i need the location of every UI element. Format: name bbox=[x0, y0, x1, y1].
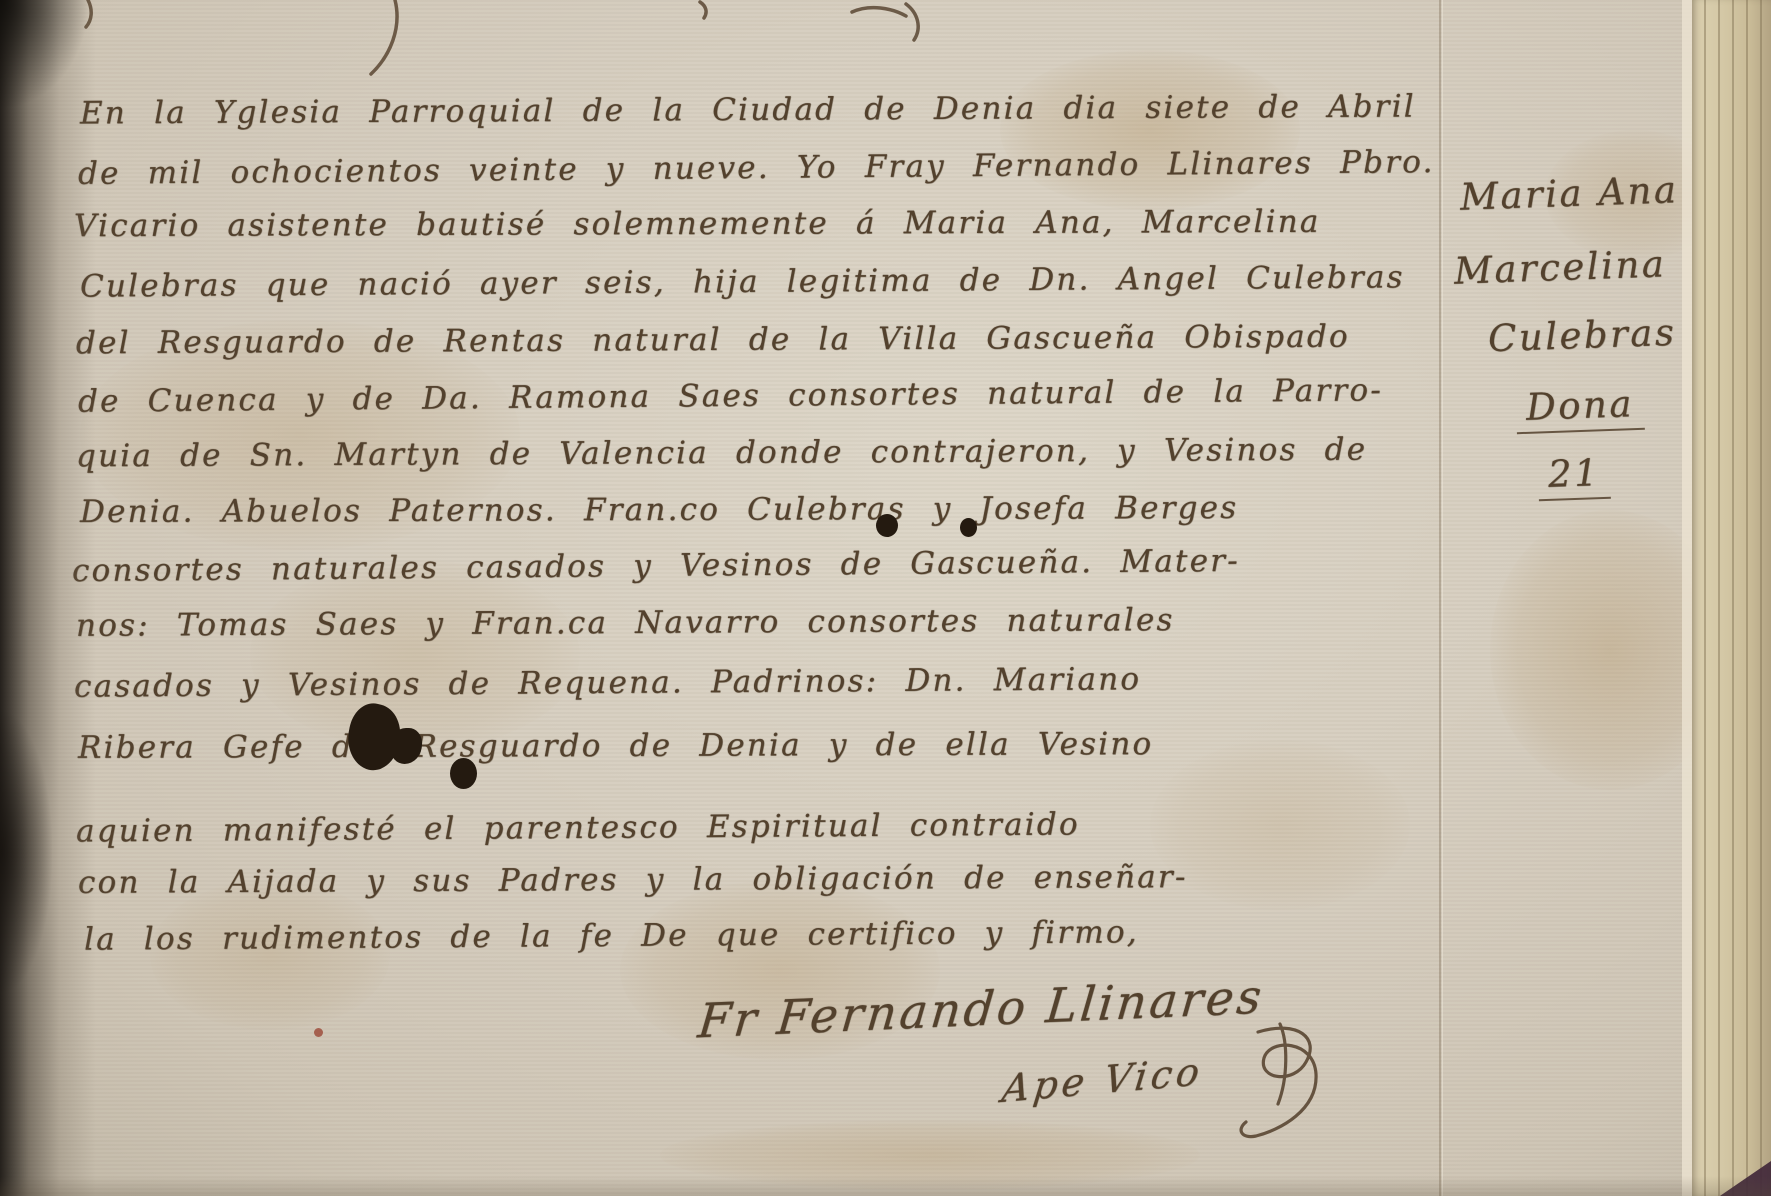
ink-blot bbox=[960, 518, 977, 537]
manuscript-line: la los rudimentos de la fe De que certif… bbox=[84, 914, 1139, 957]
manuscript-line: del Resguardo de Rentas natural de la Vi… bbox=[76, 319, 1350, 362]
ink-blot bbox=[450, 758, 477, 789]
margin-note-line: Marcelina bbox=[1453, 242, 1667, 292]
manuscript-line: En la Yglesia Parroquial de la Ciudad de… bbox=[80, 89, 1416, 132]
signature-flourish bbox=[1228, 1018, 1338, 1158]
binding-gutter-corner-shadow bbox=[0, 0, 90, 110]
binding-gutter-shadow bbox=[0, 0, 96, 1196]
paper-stain bbox=[250, 560, 580, 750]
binding-gutter-dark-blotch bbox=[0, 712, 52, 992]
margin-note-line: Culebras bbox=[1487, 311, 1677, 361]
page-fold-crease bbox=[1439, 0, 1441, 1196]
manuscript-line: aquien manifesté el parentesco Espiritua… bbox=[76, 806, 1080, 849]
manuscript-line: nos: Tomas Saes y Fran.ca Navarro consor… bbox=[76, 602, 1175, 644]
cut-off-pen-strokes bbox=[0, 0, 1000, 95]
manuscript-line: de mil ochocientos veinte y nueve. Yo Fr… bbox=[78, 144, 1435, 192]
manuscript-line: quia de Sn. Martyn de Valencia donde con… bbox=[76, 432, 1367, 475]
ink-speck bbox=[314, 1028, 323, 1037]
manuscript-line: consortes naturales casados y Vesinos de… bbox=[72, 543, 1240, 589]
manuscript-line: Culebras que nació ayer seis, hija legit… bbox=[80, 259, 1405, 304]
margin-note-line: Maria Ana bbox=[1459, 168, 1679, 219]
manuscript-line: Denia. Abuelos Paternos. Fran.co Culebra… bbox=[80, 490, 1238, 530]
bottom-edge-shadow bbox=[0, 1176, 1771, 1196]
paper-stain bbox=[1000, 50, 1300, 210]
manuscript-line: con la Aijada y sus Padres y la obligaci… bbox=[78, 859, 1188, 901]
page-edge-highlight bbox=[1682, 0, 1692, 1196]
margin-note-line: 21 bbox=[1537, 451, 1611, 496]
stacked-page-edges bbox=[1692, 0, 1771, 1196]
manuscript-line: Vicario asistente bautisé solemnemente á… bbox=[74, 204, 1321, 244]
manuscript-line: Ribera Gefe del Resguardo de Denia y de … bbox=[78, 726, 1153, 766]
signature-name: Fr Fernando Llinares bbox=[696, 970, 1267, 1050]
manuscript-page-photo: En la Yglesia Parroquial de la Ciudad de… bbox=[0, 0, 1771, 1196]
margin-note-line: Dona bbox=[1515, 382, 1644, 429]
paper-stain bbox=[1150, 740, 1410, 910]
manuscript-line: casados y Vesinos de Requena. Padrinos: … bbox=[74, 661, 1141, 704]
ink-blot bbox=[876, 514, 898, 537]
page-fold-crease-highlight bbox=[1442, 0, 1443, 1196]
signature-rubric: Ape Vico bbox=[1000, 1049, 1206, 1111]
manuscript-line: de Cuenca y de Da. Ramona Saes consortes… bbox=[78, 372, 1383, 419]
